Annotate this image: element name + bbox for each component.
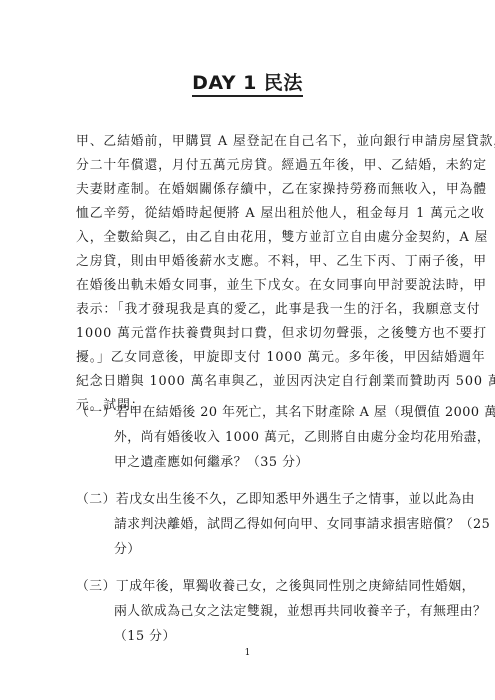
question-line: 甲之遺產應如何繼承？（35 分） [76, 450, 436, 475]
page-number: 1 [0, 648, 495, 658]
paragraph-line: 擾。」乙女同意後，甲旋即支付 1000 萬元。多年後，甲因結婚週年 [76, 346, 426, 370]
paragraph-line: 甲、乙結婚前，甲購買 A 屋登記在自己名下，並向銀行申請房屋貸款， [76, 130, 426, 154]
question-line: 兩人欲成為己女之法定雙親，並想再共同收養辛子，有無理由？ [76, 599, 436, 624]
document-title-wrap: DAY 1 民法 [0, 68, 495, 95]
document-title: DAY 1 民法 [192, 72, 303, 97]
paragraph-line: 夫妻財產制。在婚姻關係存續中，乙在家操持勞務而無收入，甲為體 [76, 178, 426, 202]
question-line: （一）若甲在結婚後 20 年死亡，其名下財產除 A 屋（現價值 2000 萬） [76, 400, 436, 425]
paragraph-line: 恤乙辛勞，從結婚時起便將 A 屋出租於他人，租金每月 1 萬元之收 [76, 202, 426, 226]
question-line: 請求判決離婚，試問乙得如何向甲、女同事請求損害賠償？（25 [76, 512, 436, 537]
question-line: 分） [76, 537, 436, 562]
question-line: （二）若戊女出生後不久，乙即知悉甲外遇生子之情事，並以此為由 [76, 487, 436, 512]
question-line: （15 分） [76, 624, 436, 649]
paragraph-line: 之房貸，則由甲婚後薪水支應。不料，甲、乙生下丙、丁兩子後，甲 [76, 250, 426, 274]
paragraph-line: 入，全數給與乙，由乙自由花用，雙方並訂立自由處分金契約，A 屋 [76, 226, 426, 250]
paragraph-line: 紀念日贈與 1000 萬名車與乙，並因丙決定自行創業而贊助丙 500 萬 [76, 370, 426, 394]
paragraph-line: 1000 萬元當作扶養費與封口費，但求切勿聲張，之後雙方也不要打 [76, 322, 426, 346]
question-line: （三）丁成年後，單獨收養己女，之後與同性別之庚締結同性婚姻， [76, 574, 436, 599]
case-paragraph: 甲、乙結婚前，甲購買 A 屋登記在自己名下，並向銀行申請房屋貸款， 分二十年償還… [76, 130, 426, 418]
question-3: （三）丁成年後，單獨收養己女，之後與同性別之庚締結同性婚姻， 兩人欲成為己女之法… [76, 574, 436, 649]
question-1: （一）若甲在結婚後 20 年死亡，其名下財產除 A 屋（現價值 2000 萬） … [76, 400, 436, 475]
paragraph-line: 表示：「我才發現我是真的愛乙，此事是我一生的汙名，我願意支付 [76, 298, 426, 322]
paragraph-line: 在婚後出軌未婚女同事，並生下戊女。在女同事向甲討要說法時，甲 [76, 274, 426, 298]
question-line: 外，尚有婚後收入 1000 萬元，乙則將自由處分金均花用殆盡， [76, 425, 436, 450]
question-2: （二）若戊女出生後不久，乙即知悉甲外遇生子之情事，並以此為由 請求判決離婚，試問… [76, 487, 436, 562]
question-list: （一）若甲在結婚後 20 年死亡，其名下財產除 A 屋（現價值 2000 萬） … [76, 400, 436, 661]
paragraph-line: 分二十年償還，月付五萬元房貸。經過五年後，甲、乙結婚，未約定 [76, 154, 426, 178]
